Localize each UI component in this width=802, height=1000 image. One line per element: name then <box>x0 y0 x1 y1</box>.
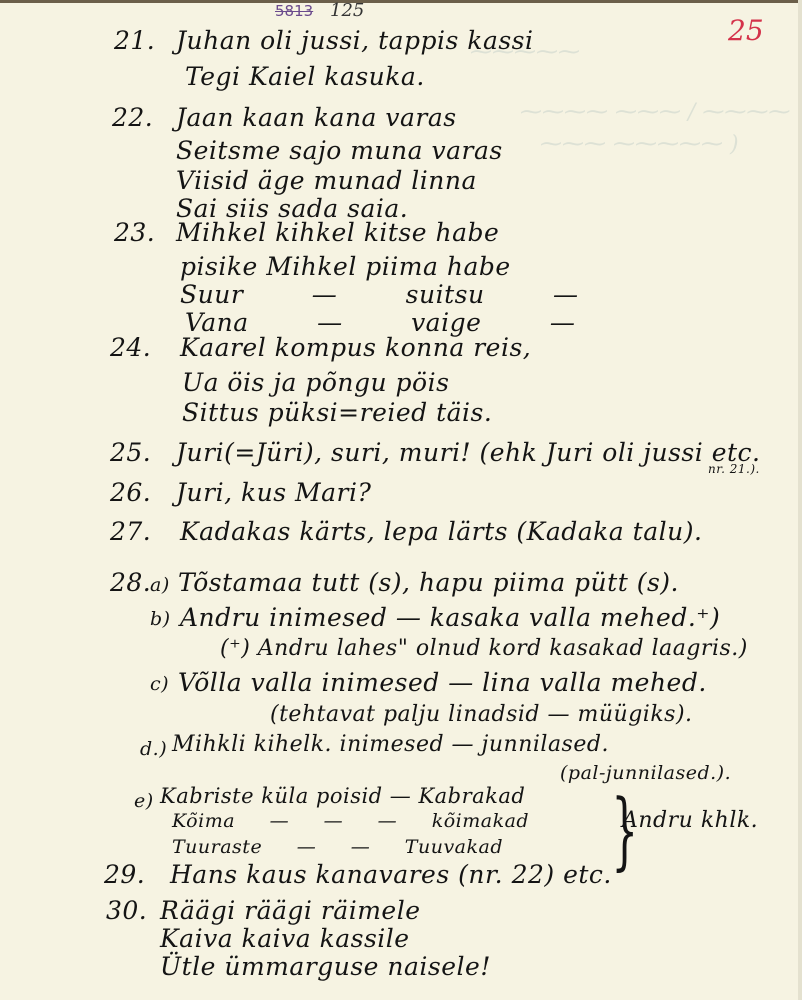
entry-line: Tõstamaa tutt (s), hapu piima pütt (s). <box>178 568 679 597</box>
entry-line: Juri, kus Mari? <box>176 478 371 507</box>
entry-number: 28. <box>110 568 151 597</box>
sub-label: a) <box>150 574 170 596</box>
group-note: Andru khlk. <box>622 808 758 833</box>
entry-number: 21. <box>114 26 155 55</box>
entry-line: Seitsme sajo muna varas <box>176 136 503 165</box>
entry-line: Suur — suitsu — <box>180 280 579 309</box>
bleed-through-text: ⁓⁓⁓⁓ ⁓⁓⁓ / ⁓⁓⁓⁓ <box>520 100 790 125</box>
entry-line: Võlla valla inimesed — lina valla mehed. <box>178 668 707 697</box>
entry-number: 23. <box>114 218 155 247</box>
entry-number: 29. <box>104 860 145 889</box>
entry-line: Juhan oli jussi, tappis kassi <box>176 26 534 55</box>
entry-line: Sittus püksi=reied täis. <box>182 398 492 427</box>
entry-number: 26. <box>110 478 151 507</box>
sub-label: e) <box>134 790 154 812</box>
entry-line: Tuuraste — — Tuuvakad <box>172 836 503 858</box>
bleed-through-text: ⁓⁓⁓ ⁓⁓⁓⁓⁓ ) <box>540 132 739 157</box>
entry-line: (tehtavat palju linadsid — müügiks). <box>270 702 693 727</box>
entry-line: Mihkli kihelk. inimesed — junnilased. <box>172 732 609 757</box>
entry-line: Kaarel kompus konna reis, <box>180 333 531 362</box>
entry-line: Räägi räägi räimele <box>160 896 421 925</box>
entry-line: Kaiva kaiva kassile <box>160 924 410 953</box>
manuscript-page: 5813 125 25 ⁓⁓⁓⁓⁓ ⁓⁓⁓⁓ ⁓⁓⁓ / ⁓⁓⁓⁓ ⁓⁓⁓ ⁓⁓… <box>0 0 802 1000</box>
entry-line: Andru inimesed — kasaka valla mehed.⁺) <box>180 603 720 632</box>
entry-line: Mihkel kihkel kitse habe <box>176 218 499 247</box>
entry-line: Ütle ümmarguse naisele! <box>160 952 491 981</box>
entry-line: Kadakas kärts, lepa lärts (Kadaka talu). <box>180 517 702 546</box>
entry-line: Ua öis ja põngu pöis <box>182 368 449 397</box>
archive-number: 5813 <box>275 2 313 20</box>
entry-line: (⁺) Andru lahes" olnud kord kasakad laag… <box>220 636 748 661</box>
entry-line: Juri(=Jüri), suri, muri! (ehk Juri oli j… <box>176 438 761 467</box>
entry-number: 22. <box>112 103 153 132</box>
entry-line: nr. 21.). <box>708 462 760 476</box>
entry-line: pisike Mihkel piima habe <box>180 252 511 281</box>
entry-line: Kõima — — — kõimakad <box>172 810 529 832</box>
entry-number: 27. <box>110 517 151 546</box>
entry-line: (pal-junnilased.). <box>560 762 731 784</box>
entry-number: 24. <box>110 333 151 362</box>
sub-label: b) <box>150 608 171 630</box>
entry-line: Viisid äge munad linna <box>176 166 477 195</box>
sub-label: d.) <box>140 738 167 760</box>
entry-number: 30. <box>106 896 147 925</box>
entry-number: 25. <box>110 438 151 467</box>
entry-line: Kabriste küla poisid — Kabrakad <box>160 784 525 808</box>
entry-line: Tegi Kaiel kasuka. <box>185 62 425 91</box>
entry-line: Jaan kaan kana varas <box>176 103 457 132</box>
page-number: 25 <box>728 14 764 47</box>
sub-label: c) <box>150 673 169 695</box>
folio-number: 125 <box>330 0 364 21</box>
entry-line: Hans kaus kanavares (nr. 22) etc. <box>170 860 612 889</box>
